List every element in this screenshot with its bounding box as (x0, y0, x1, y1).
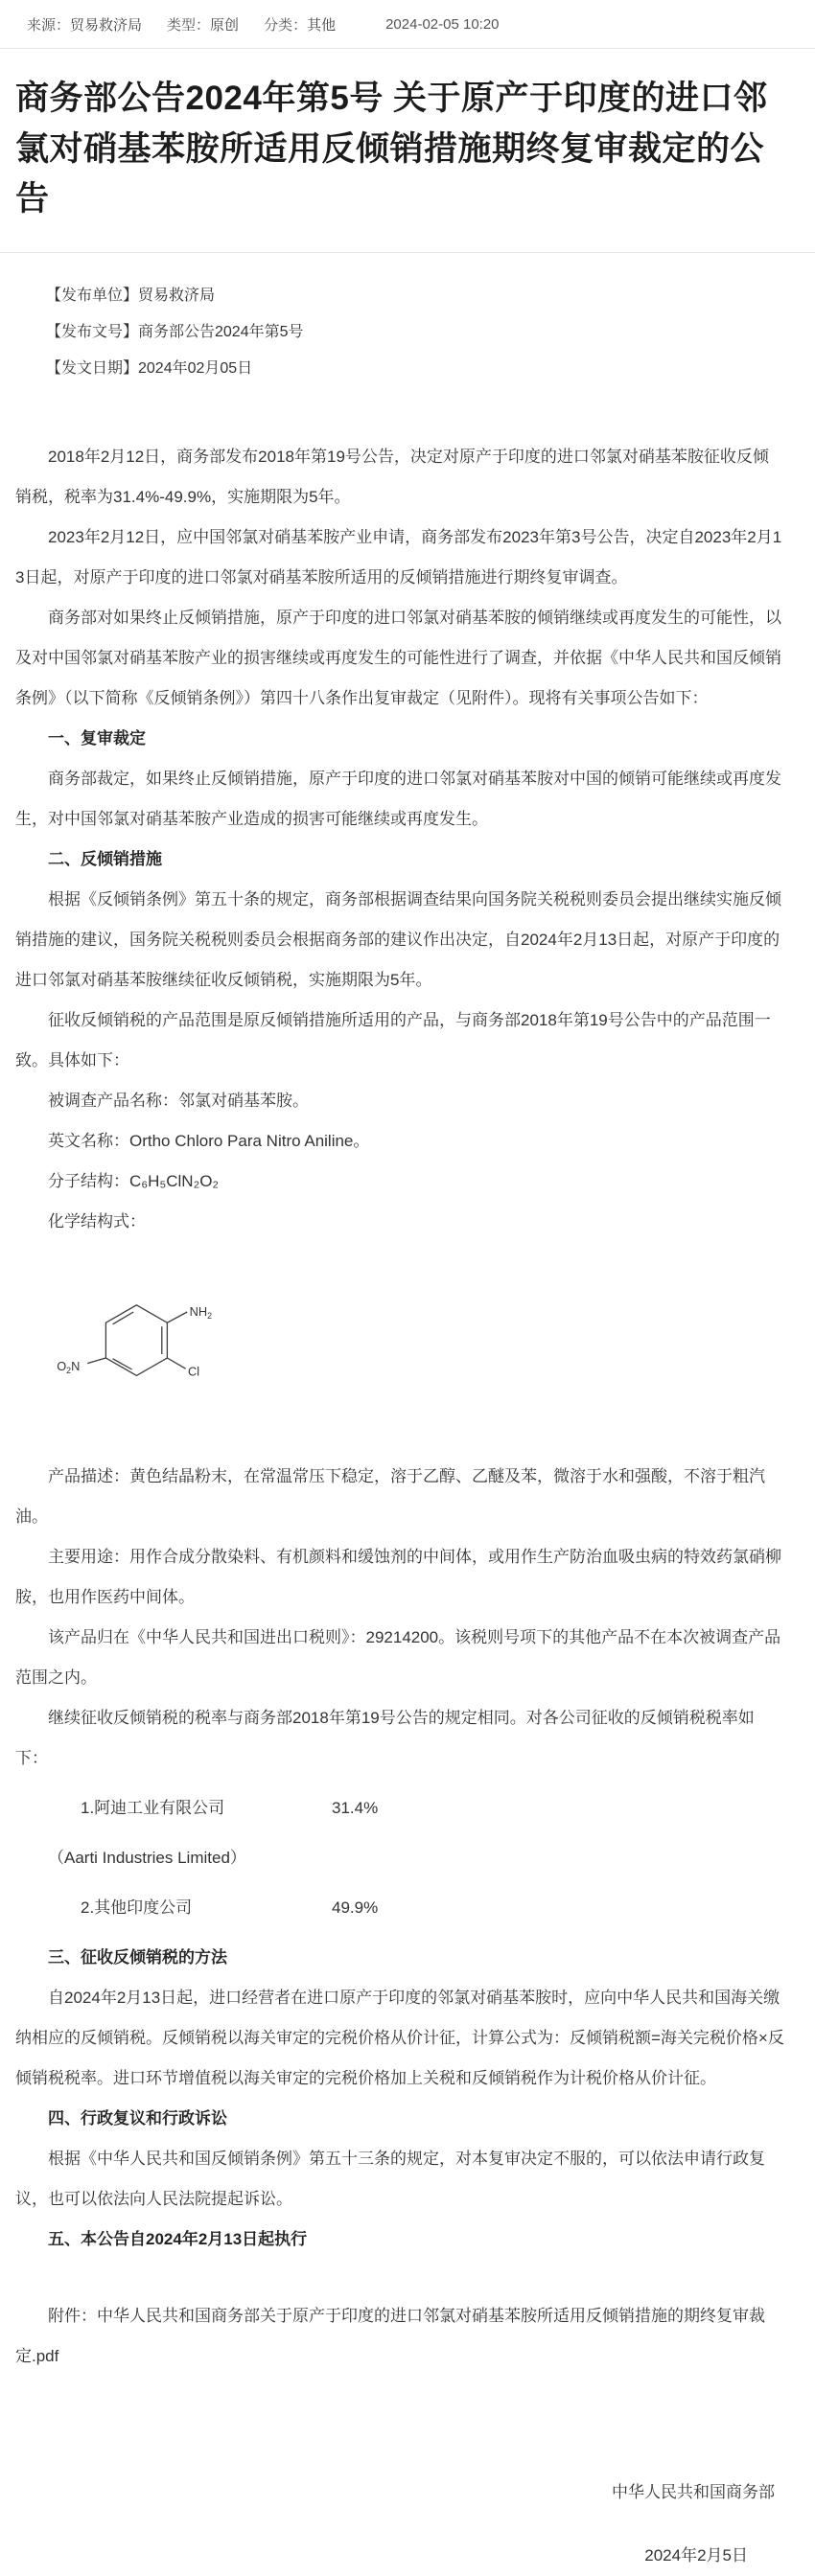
source-label: 来源： (27, 17, 70, 34)
doc-meta-block: 【发布单位】贸易救济局 【发布文号】商务部公告2024年第5号 【发文日期】20… (15, 278, 784, 387)
body-paragraph: 2018年2月12日，商务部发布2018年第19号公告，决定对原产于印度的进口邻… (15, 437, 784, 517)
body-paragraph: 根据《中华人民共和国反倾销条例》第五十三条的规定，对本复审决定不服的，可以依法申… (15, 2139, 784, 2219)
cl-label: Cl (188, 1364, 199, 1378)
doc-meta-line-unit: 【发布单位】贸易救济局 (15, 278, 784, 314)
body-paragraph: 继续征收反倾销税的税率与商务部2018年第19号公告的规定相同。对各公司征收的反… (15, 1698, 784, 1779)
source-group: 来源：贸易救济局 (27, 14, 142, 34)
body-paragraph: 商务部对如果终止反倾销措施，原产于印度的进口邻氯对硝基苯胺的倾销继续或再度发生的… (15, 598, 784, 719)
body-paragraph: 根据《反倾销条例》第五十条的规定，商务部根据调查结果向国务院关税税则委员会提出继… (15, 880, 784, 1000)
body-paragraph: 商务部裁定，如果终止反倾销措施，原产于印度的进口邻氯对硝基苯胺对中国的倾销可能继… (15, 759, 784, 839)
benzene-ring-drawing: NH2 Cl O2N (46, 1271, 238, 1407)
doc-meta-line-number: 【发布文号】商务部公告2024年第5号 (15, 314, 784, 351)
page-meta-bar: 来源：贸易救济局 类型：原创 分类：其他 2024-02-05 10:20 (0, 0, 815, 49)
body-paragraph: 被调查产品名称：邻氯对硝基苯胺。 (15, 1081, 784, 1121)
body-paragraph: 英文名称：Ortho Chloro Para Nitro Aniline。 (15, 1121, 784, 1161)
publish-datetime: 2024-02-05 10:20 (385, 16, 499, 33)
category-value: 其他 (307, 17, 336, 34)
body-paragraph: （Aarti Industries Limited） (15, 1838, 784, 1878)
attachment-pdf-link[interactable]: 附件：中华人民共和国商务部关于原产于印度的进口邻氯对硝基苯胺所适用反倾销措施的期… (15, 2296, 784, 2377)
article-body-bottom: 产品描述：黄色结晶粉末，在常温常压下稳定，溶于乙醇、乙醚及苯，微溶于水和强酸，不… (15, 1457, 784, 2377)
signature-block: 中华人民共和国商务部 2024年2月5日 (15, 2472, 784, 2576)
category-label: 分类： (264, 17, 307, 34)
type-label: 类型： (167, 17, 210, 34)
page-title: 商务部公告2024年第5号 关于原产于印度的进口邻氯对硝基苯胺所适用反倾销措施期… (15, 74, 784, 225)
chemical-structure-diagram: NH2 Cl O2N (46, 1271, 238, 1407)
section-heading: 二、反倾销措施 (15, 839, 784, 880)
type-value: 原创 (210, 17, 239, 34)
type-group: 类型：原创 (167, 14, 239, 34)
title-divider (0, 252, 815, 253)
o2n-label: O2N (57, 1358, 80, 1374)
doc-meta-line-date: 【发文日期】2024年02月05日 (15, 351, 784, 387)
source-value: 贸易救济局 (70, 17, 142, 34)
company-name: 1.阿迪工业有限公司 (48, 1788, 299, 1828)
body-paragraph: 主要用途：用作合成分散染料、有机颜料和缓蚀剂的中间体，或用作生产防治血吸虫病的特… (15, 1537, 784, 1618)
duty-rate-value: 49.9% (299, 1888, 378, 1928)
body-paragraph: 2023年2月12日，应中国邻氯对硝基苯胺产业申请，商务部发布2023年第3号公… (15, 517, 784, 598)
announcement-page: { "header": { "source_label": "来源：", "so… (0, 0, 815, 2576)
issue-date: 2024年2月5日 (15, 2536, 748, 2576)
category-group: 分类：其他 (264, 14, 336, 34)
body-paragraph: 产品描述：黄色结晶粉末，在常温常压下稳定，溶于乙醇、乙醚及苯，微溶于水和强酸，不… (15, 1457, 784, 1537)
duty-rate-row: 2.其他印度公司49.9% (15, 1888, 784, 1928)
body-paragraph: 化学结构式： (15, 1202, 784, 1242)
body-paragraph: 自2024年2月13日起，进口经营者在进口原产于印度的邻氯对硝基苯胺时，应向中华… (15, 1978, 784, 2099)
section-heading: 一、复审裁定 (15, 719, 784, 759)
issuing-authority: 中华人民共和国商务部 (15, 2472, 775, 2513)
article-body-top: 2018年2月12日，商务部发布2018年第19号公告，决定对原产于印度的进口邻… (15, 437, 784, 1242)
company-name: 2.其他印度公司 (48, 1888, 299, 1928)
nh2-label: NH2 (190, 1304, 212, 1321)
body-paragraph: 分子结构：C₆H₅ClN₂O₂ (15, 1161, 784, 1202)
body-paragraph: 征收反倾销税的产品范围是原反倾销措施所适用的产品，与商务部2018年第19号公告… (15, 1000, 784, 1081)
section-heading: 四、行政复议和行政诉讼 (15, 2099, 784, 2139)
duty-rate-row: 1.阿迪工业有限公司31.4% (15, 1788, 784, 1828)
section-heading: 五、本公告自2024年2月13日起执行 (15, 2219, 784, 2260)
body-paragraph: 该产品归在《中华人民共和国进出口税则》：29214200。该税则号项下的其他产品… (15, 1618, 784, 1698)
duty-rate-value: 31.4% (299, 1788, 378, 1828)
section-heading: 三、征收反倾销税的方法 (15, 1938, 784, 1978)
